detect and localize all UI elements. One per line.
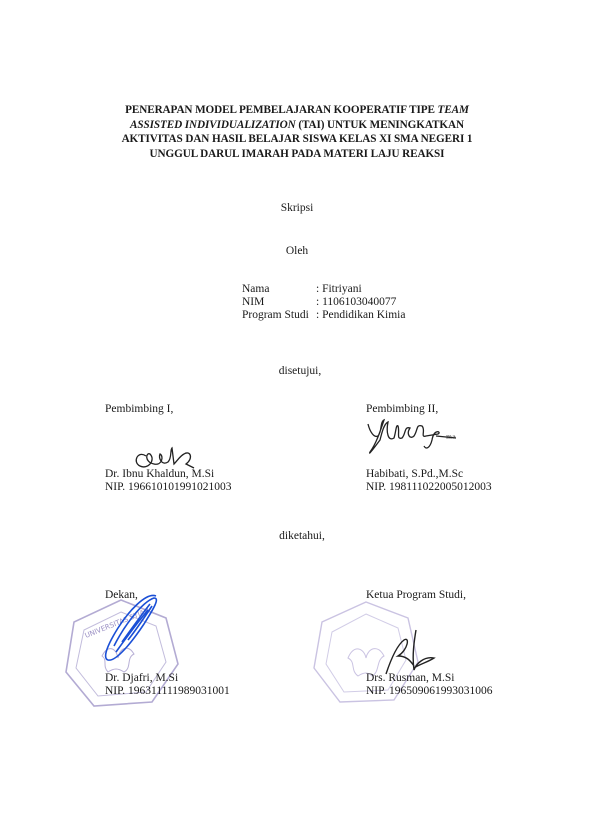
author-info: Nama : Fitriyani NIM : 1106103040077 Pro… [242, 283, 405, 322]
supervisor-1-name: Dr. Ibnu Khaldun, M.Si [105, 468, 214, 481]
dean-role: Dekan, [105, 589, 138, 602]
supervisor-2-signature-icon: ᵐᵃ [366, 418, 486, 458]
dean-name: Dr. Djafri, M.Si [105, 672, 178, 685]
approved-label: disetujui, [240, 365, 360, 377]
department-head-nip: NIP. 196509061993031006 [366, 685, 493, 698]
title-line-3: AKTIVITAS DAN HASIL BELAJAR SISWA KELAS … [90, 132, 504, 147]
dean-signature-icon [98, 592, 168, 664]
title-line-2-italic: ASSISTED INDIVIDUALIZATION [130, 119, 296, 131]
acknowledged-label: diketahui, [242, 530, 362, 542]
supervisor-2-nip: NIP. 198111022005012003 [366, 481, 492, 494]
svg-text:ᵐᵃ: ᵐᵃ [446, 434, 456, 445]
by-label: Oleh [237, 245, 357, 257]
title-line-1: PENERAPAN MODEL PEMBELAJARAN KOOPERATIF … [125, 104, 437, 116]
title-line-2: (TAI) UNTUK MENINGKATKAN [296, 119, 464, 131]
author-nim-row: NIM : 1106103040077 [242, 296, 405, 309]
dean-nip: NIP. 196311111989031001 [105, 685, 230, 698]
author-name-row: Nama : Fitriyani [242, 283, 405, 296]
document-type: Skripsi [237, 202, 357, 214]
supervisor-2-name: Habibati, S.Pd.,M.Sc [366, 468, 463, 481]
department-head-name: Drs. Rusman, M.Si [366, 672, 455, 685]
department-head-role: Ketua Program Studi, [366, 589, 466, 602]
author-program-row: Program Studi : Pendidikan Kimia [242, 309, 405, 322]
title-line-1-italic: TEAM [438, 104, 469, 116]
supervisor-2-role: Pembimbing II, [366, 403, 438, 416]
supervisor-1-nip: NIP. 196610101991021003 [105, 481, 232, 494]
title-line-4: UNGGUL DARUL IMARAH PADA MATERI LAJU REA… [90, 147, 504, 162]
thesis-title: PENERAPAN MODEL PEMBELAJARAN KOOPERATIF … [90, 103, 504, 161]
supervisor-1-role: Pembimbing I, [105, 403, 173, 416]
department-head-signature-icon [384, 626, 444, 678]
